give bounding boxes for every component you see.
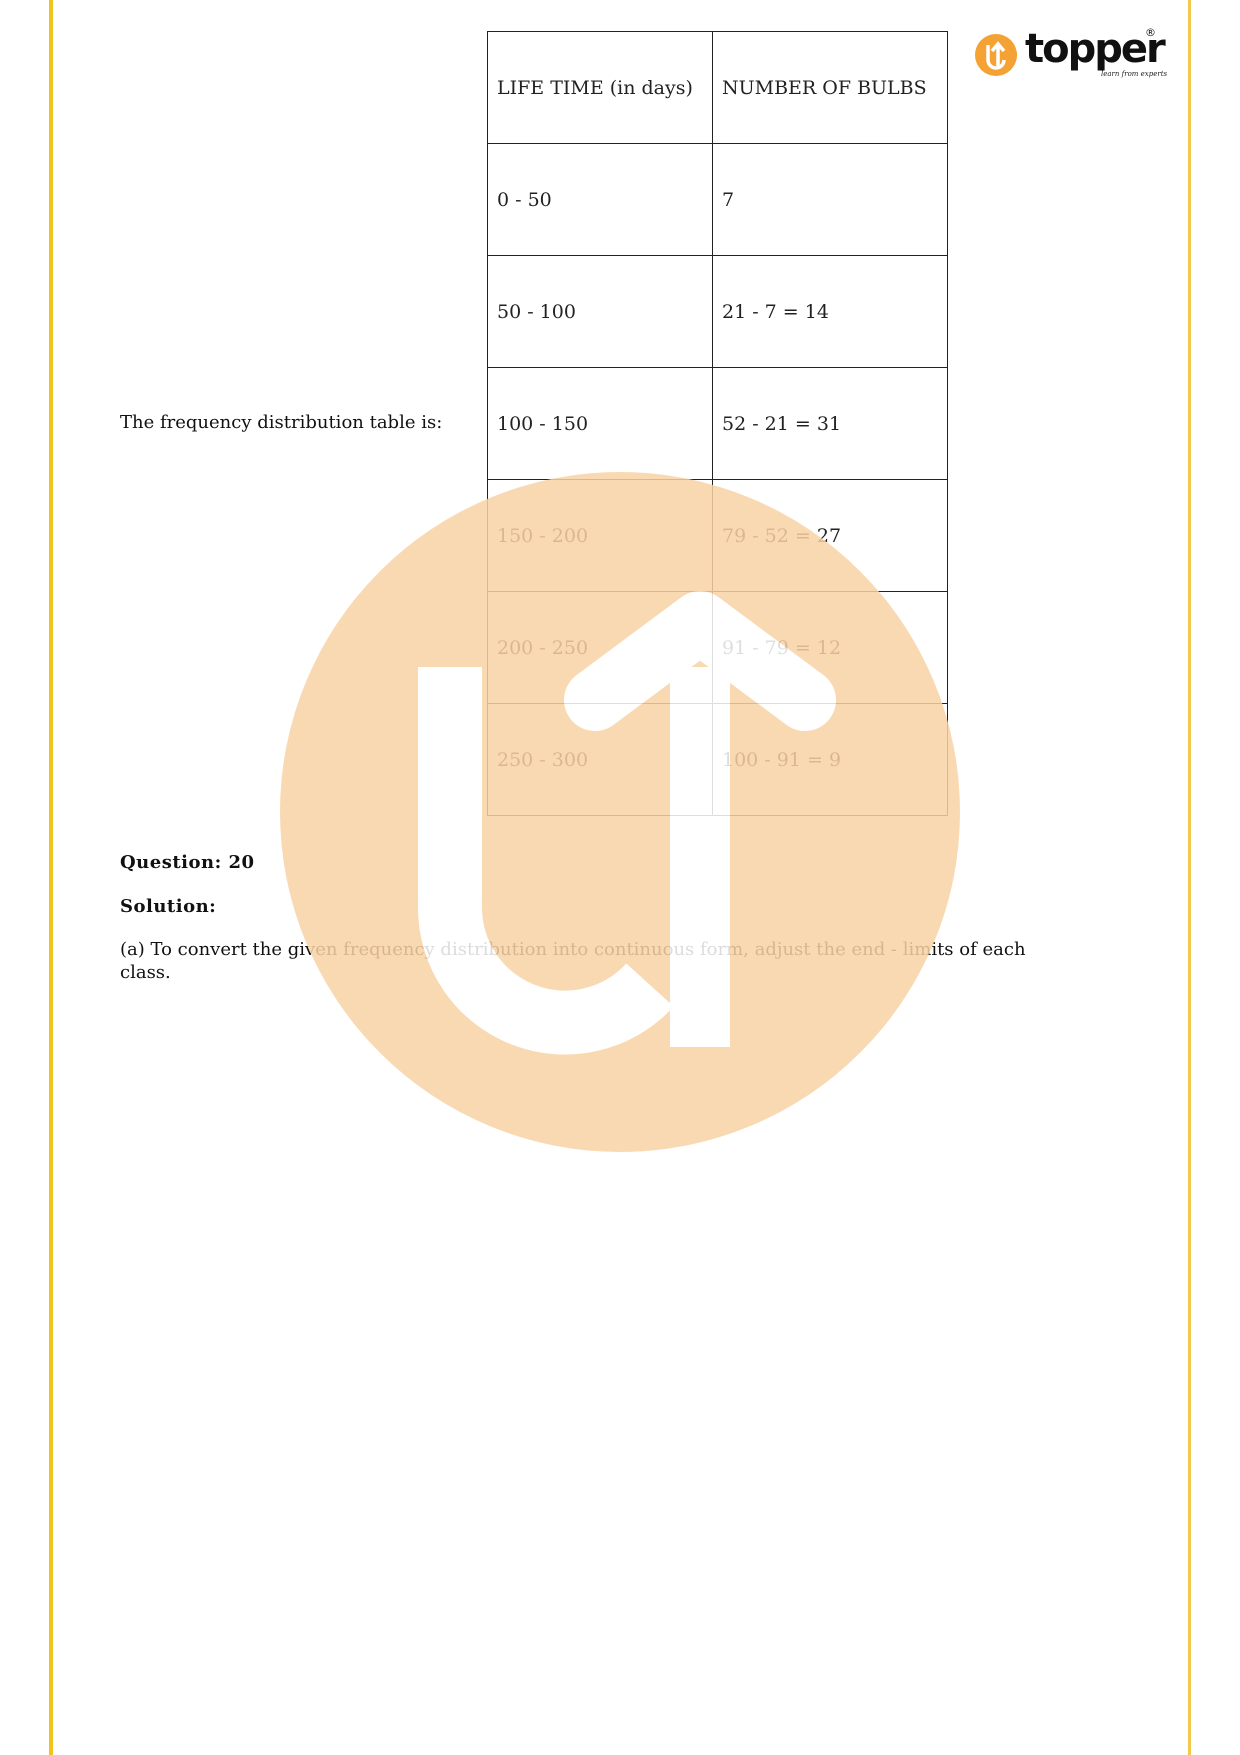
frequency-table: LIFE TIME (in days)NUMBER OF BULBS0 - 50… bbox=[487, 31, 948, 816]
table-header-row: LIFE TIME (in days)NUMBER OF BULBS bbox=[488, 32, 948, 144]
table-row: 50 - 10021 - 7 = 14 bbox=[488, 256, 948, 368]
lifetime-cell: 100 - 150 bbox=[488, 368, 713, 480]
page-border-right bbox=[1188, 0, 1191, 1755]
intro-text: The frequency distribution table is: bbox=[120, 412, 442, 433]
solution-label: Solution: bbox=[120, 896, 216, 917]
bulb-count-cell: 79 - 52 = 27 bbox=[713, 480, 948, 592]
topper-logo: topper ® learn from experts bbox=[975, 28, 1165, 84]
question-title: Question: 20 bbox=[120, 852, 255, 873]
table-row: 0 - 507 bbox=[488, 144, 948, 256]
table-header-cell: NUMBER OF BULBS bbox=[713, 32, 948, 144]
logo-tagline: learn from experts bbox=[1101, 70, 1167, 78]
lifetime-cell: 250 - 300 bbox=[488, 704, 713, 816]
bulb-count-cell: 21 - 7 = 14 bbox=[713, 256, 948, 368]
lifetime-cell: 50 - 100 bbox=[488, 256, 713, 368]
table-row: 200 - 25091 - 79 = 12 bbox=[488, 592, 948, 704]
solution-text: (a) To convert the given frequency distr… bbox=[120, 938, 1080, 984]
bulb-count-cell: 7 bbox=[713, 144, 948, 256]
table-header-cell: LIFE TIME (in days) bbox=[488, 32, 713, 144]
table-row: 250 - 300100 - 91 = 9 bbox=[488, 704, 948, 816]
bulb-count-cell: 100 - 91 = 9 bbox=[713, 704, 948, 816]
bulb-count-cell: 52 - 21 = 31 bbox=[713, 368, 948, 480]
u-arrow-circle-icon bbox=[975, 34, 1017, 76]
lifetime-cell: 150 - 200 bbox=[488, 480, 713, 592]
table-row: 100 - 15052 - 21 = 31 bbox=[488, 368, 948, 480]
bulb-count-cell: 91 - 79 = 12 bbox=[713, 592, 948, 704]
page-border-left bbox=[49, 0, 53, 1755]
lifetime-cell: 200 - 250 bbox=[488, 592, 713, 704]
table-row: 150 - 20079 - 52 = 27 bbox=[488, 480, 948, 592]
lifetime-cell: 0 - 50 bbox=[488, 144, 713, 256]
registered-mark: ® bbox=[1145, 26, 1156, 39]
logo-brand-text: topper bbox=[1025, 26, 1164, 72]
